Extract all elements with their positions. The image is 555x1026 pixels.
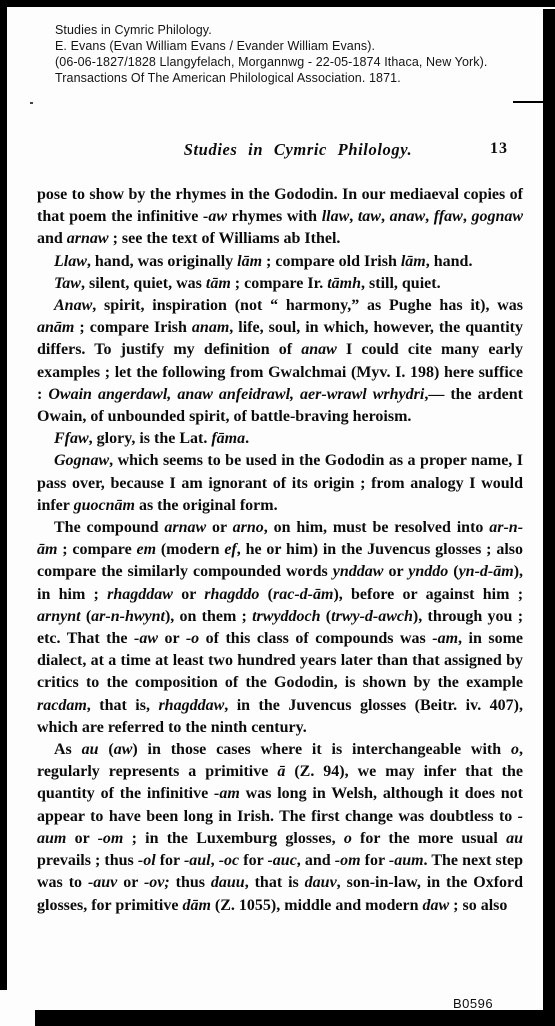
paragraph: pose to show by the rhymes in the Gododi… xyxy=(37,184,523,251)
page-number: 13 xyxy=(490,140,508,158)
body-text: pose to show by the rhymes in the Gododi… xyxy=(37,184,523,917)
annotation-dates: (06-06-1827/1828 Llangyfelach, Morgannwg… xyxy=(55,54,525,70)
scan-border-right xyxy=(543,9,555,1026)
bibliographic-annotation: Studies in Cymric Philology. E. Evans (E… xyxy=(55,22,525,86)
paragraph: Anaw, spirit, inspiration (not “ harmony… xyxy=(37,295,523,428)
annotation-author: E. Evans (Evan William Evans / Evander W… xyxy=(55,38,525,54)
scan-border-left xyxy=(0,0,7,990)
scan-border-top xyxy=(0,0,555,7)
running-title: Studies in Cymric Philology. xyxy=(184,140,413,160)
paragraph: As au (aw) in those cases where it is in… xyxy=(37,739,523,917)
annotation-source: Transactions Of The American Philologica… xyxy=(55,70,525,86)
scan-border-bottom xyxy=(35,1010,555,1026)
scan-artifact-line xyxy=(513,101,544,103)
paragraph: Ffaw, glory, is the Lat. fāma. xyxy=(37,428,523,450)
paragraph: The compound arnaw or arno, on him, must… xyxy=(37,517,523,739)
running-head: Studies in Cymric Philology. 13 xyxy=(37,140,523,164)
paragraph: Taw, silent, quiet, was tām ; compare Ir… xyxy=(37,273,523,295)
scan-speck xyxy=(30,102,33,104)
paragraph: Llaw, hand, was originally lām ; compare… xyxy=(37,251,523,273)
catalog-label: B0596 xyxy=(453,996,493,1011)
annotation-title: Studies in Cymric Philology. xyxy=(55,22,525,38)
paragraph: Gognaw, which seems to be used in the Go… xyxy=(37,450,523,517)
scanned-page: Studies in Cymric Philology. E. Evans (E… xyxy=(0,0,555,1026)
